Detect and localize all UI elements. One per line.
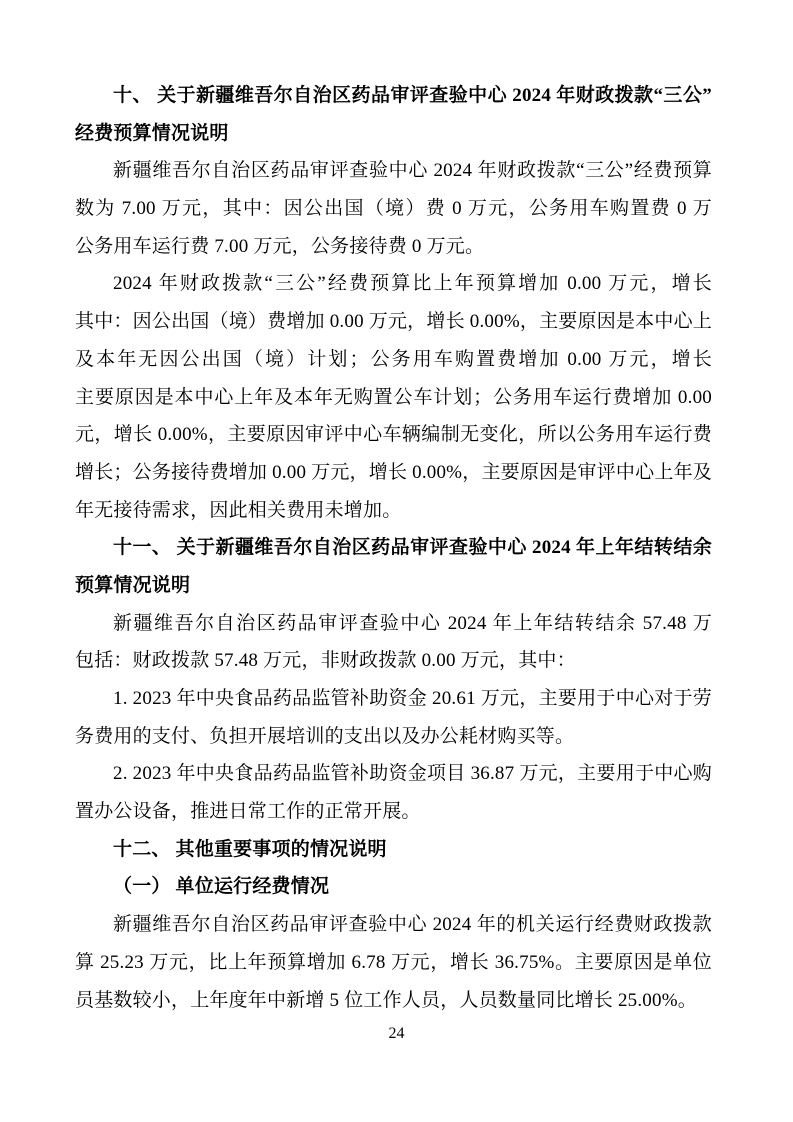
list-item-line: 2. 2023 年中央食品药品监管补助资金项目 36.87 万元，主要用于中心购 xyxy=(75,755,712,793)
paragraph-line: 元，增长 0.00%，主要原因审评中心车辆编制无变化，所以公务用车运行费未 xyxy=(75,416,712,454)
paragraph-line: 及本年无因公出国（境）计划；公务用车购置费增加 0.00 万元，增长 0.00%… xyxy=(75,341,712,379)
section11-heading-line-1: 十一、 关于新疆维吾尔自治区药品审评查验中心 2024 年上年结转结余 xyxy=(75,529,712,567)
paragraph-line: 数为 7.00 万元，其中：因公出国（境）费 0 万元，公务用车购置费 0 万元… xyxy=(75,190,712,228)
list-item-line: 务费用的支付、负担开展培训的支出以及办公耗材购买等。 xyxy=(75,718,712,756)
section10-heading-line-1: 十、 关于新疆维吾尔自治区药品审评查验中心 2024 年财政拨款“三公” xyxy=(75,77,712,115)
section12-subheading-line: （一） 单位运行经费情况 xyxy=(75,868,712,906)
paragraph-line: 新疆维吾尔自治区药品审评查验中心 2024 年的机关运行经费财政拨款预 xyxy=(75,906,712,944)
paragraph-line: 新疆维吾尔自治区药品审评查验中心 2024 年财政拨款“三公”经费预算 xyxy=(75,152,712,190)
paragraph-line: 其中：因公出国（境）费增加 0.00 万元，增长 0.00%，主要原因是本中心上… xyxy=(75,303,712,341)
page-number: 24 xyxy=(0,1022,793,1046)
paragraph-line: 包括：财政拨款 57.48 万元，非财政拨款 0.00 万元，其中： xyxy=(75,642,712,680)
section11-heading-line-2: 预算情况说明 xyxy=(75,567,712,605)
paragraph-line: 增长；公务接待费增加 0.00 万元，增长 0.00%，主要原因是审评中心上年及… xyxy=(75,454,712,492)
paragraph-line: 2024 年财政拨款“三公”经费预算比上年预算增加 0.00 万元，增长 0.0… xyxy=(75,265,712,303)
paragraph-line: 主要原因是本中心上年及本年无购置公车计划；公务用车运行费增加 0.00 万 xyxy=(75,379,712,417)
section10-heading-line-2: 经费预算情况说明 xyxy=(75,115,712,153)
paragraph-line: 年无接待需求，因此相关费用未增加。 xyxy=(75,492,712,530)
list-item-line: 1. 2023 年中央食品药品监管补助资金 20.61 万元，主要用于中心对于劳 xyxy=(75,680,712,718)
list-item-line: 置办公设备，推进日常工作的正常开展。 xyxy=(75,793,712,831)
document-content: 十、 关于新疆维吾尔自治区药品审评查验中心 2024 年财政拨款“三公” 经费预… xyxy=(75,77,712,1019)
paragraph-line: 算 25.23 万元，比上年预算增加 6.78 万元，增长 36.75%。主要原… xyxy=(75,944,712,982)
paragraph-line: 员基数较小，上年度年中新增 5 位工作人员，人员数量同比增长 25.00%。 xyxy=(75,982,712,1020)
document-page: 十、 关于新疆维吾尔自治区药品审评查验中心 2024 年财政拨款“三公” 经费预… xyxy=(0,0,793,1122)
paragraph-line: 新疆维吾尔自治区药品审评查验中心 2024 年上年结转结余 57.48 万元， xyxy=(75,605,712,643)
paragraph-line: 公务用车运行费 7.00 万元，公务接待费 0 万元。 xyxy=(75,228,712,266)
section12-heading-line: 十二、 其他重要事项的情况说明 xyxy=(75,831,712,869)
